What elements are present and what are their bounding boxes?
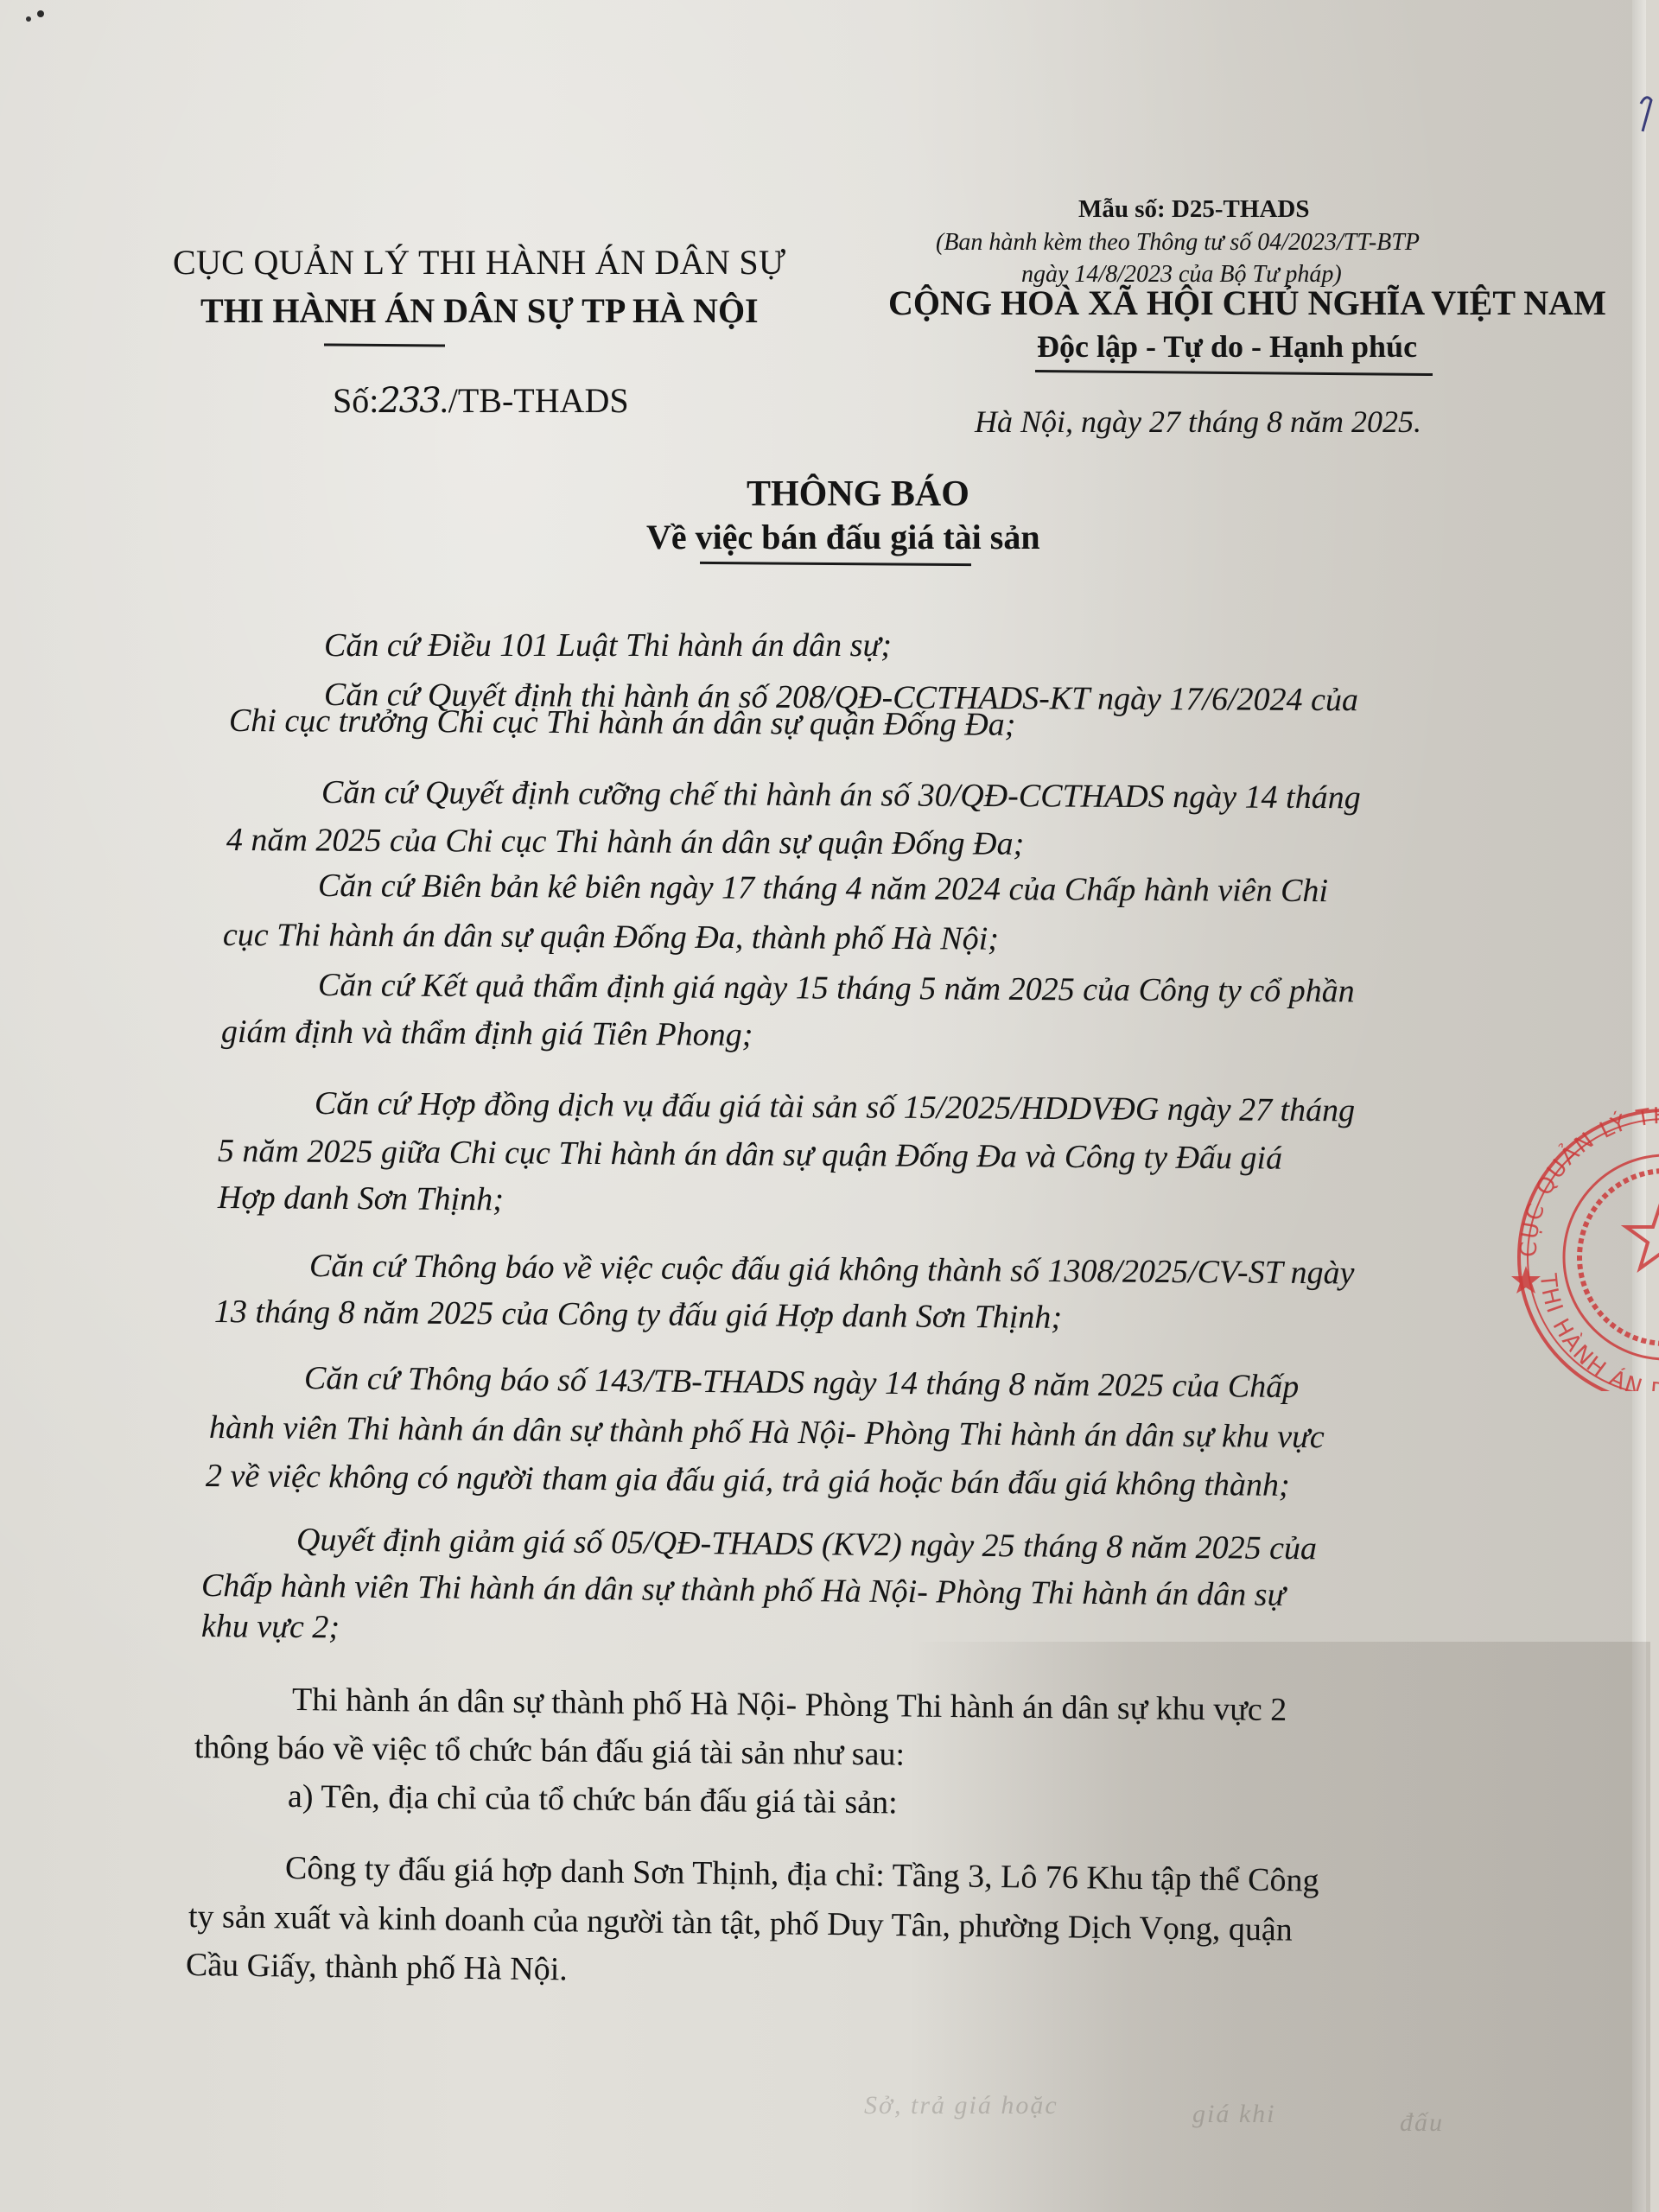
issued-by-line-1: (Ban hành kèm theo Thông tư số 04/2023/T… [936, 229, 1420, 257]
body-line: giám định và thẩm định giá Tiên Phong; [221, 1013, 753, 1054]
body-line: khu vực 2; [201, 1607, 340, 1646]
document-number-prefix: Số: [333, 381, 378, 420]
place-and-date: Hà Nội, ngày 27 tháng 8 năm 2025. [975, 404, 1421, 440]
body-line: Căn cứ Điều 101 Luật Thi hành án dân sự; [324, 626, 892, 664]
body-line: 13 tháng 8 năm 2025 của Công ty đấu giá … [214, 1293, 1062, 1337]
document-number-suffix: ./TB-THADS [440, 381, 629, 420]
office-name: THI HÀNH ÁN DÂN SỰ TP HÀ NỘI [200, 290, 759, 331]
body-line: Căn cứ Kết quả thẩm định giá ngày 15 thá… [318, 966, 1355, 1010]
handwritten-mark-icon [1637, 86, 1655, 138]
body-line: 4 năm 2025 của Chi cục Thi hành án dân s… [226, 821, 1024, 863]
body-line: Căn cứ Hợp đồng dịch vụ đấu giá tài sản … [315, 1084, 1355, 1129]
body-line: thông báo về việc tổ chức bán đấu giá tà… [194, 1728, 905, 1774]
bleed-through-text: Sở, trả giá hoặc [864, 2091, 1058, 2120]
seal-icon: CỤC QUẢN LÝ THI HÀ THI HÀNH ÁN DÂ [1493, 1106, 1659, 1391]
body-line: Hợp danh Sơn Thịnh; [218, 1179, 504, 1218]
document-subtitle: Về việc bán đấu giá tài sản [646, 517, 1040, 557]
body-line: a) Tên, địa chỉ của tổ chức bán đấu giá … [288, 1777, 898, 1821]
body-line: Chi cục trưởng Chi cục Thi hành án dân s… [229, 702, 1016, 744]
body-line: 5 năm 2025 giữa Chi cục Thi hành án dân … [218, 1132, 1282, 1178]
body-line: cục Thi hành án dân sự quận Đống Đa, thà… [223, 916, 999, 958]
document-number: Số:233./TB-THADS [333, 380, 629, 421]
body-line: Căn cứ Quyết định cưỡng chế thi hành án … [321, 773, 1361, 817]
document-number-handwritten: 233 [378, 381, 439, 421]
body-line: Căn cứ Biên bản kê biên ngày 17 tháng 4 … [318, 867, 1328, 910]
official-stamp: CỤC QUẢN LÝ THI HÀ THI HÀNH ÁN DÂ [1493, 1106, 1659, 1391]
form-code: Mẫu số: D25-THADS [1078, 195, 1309, 224]
document-title: THÔNG BÁO [747, 474, 969, 515]
national-motto: Độc lập - Tự do - Hạnh phúc [1037, 328, 1417, 365]
bleed-through-text: đấu [1400, 2108, 1444, 2138]
body-line: Cầu Giấy, thành phố Hà Nội. [186, 1946, 568, 1988]
ink-speck-icon [22, 9, 48, 26]
national-title: CỘNG HOÀ XÃ HỘI CHỦ NGHĨA VIỆT NAM [888, 283, 1606, 323]
body-line: Căn cứ Thông báo về việc cuộc đấu giá kh… [309, 1247, 1355, 1292]
agency-name: CỤC QUẢN LÝ THI HÀNH ÁN DÂN SỰ [173, 242, 785, 283]
bleed-through-text: giá khi [1192, 2100, 1276, 2129]
